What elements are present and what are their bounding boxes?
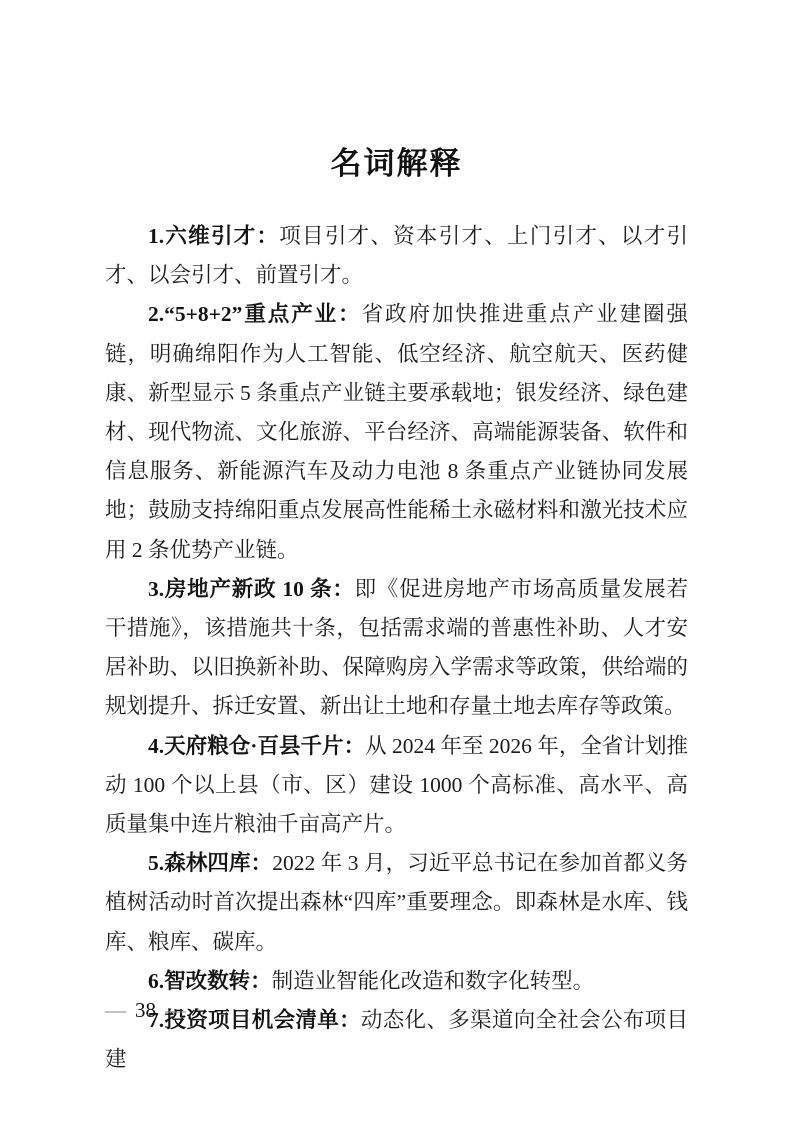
term-label-4: 4.天府粮仓·百县千片： xyxy=(148,734,365,758)
term-paragraph-2: 2.“5+8+2”重点产业：省政府加快推进重点产业建圈强链，明确绵阳作为人工智能… xyxy=(105,295,688,569)
page-footer: —38— xyxy=(105,995,186,1025)
term-text-2: 省政府加快推进重点产业建圈强链，明确绵阳作为人工智能、低空经济、航空航天、医药健… xyxy=(105,302,688,561)
term-label-3: 3.房地产新政 10 条： xyxy=(148,577,355,601)
page-title: 名词解释 xyxy=(105,142,688,186)
terms-list: 1.六维引才：项目引才、资本引才、上门引才、以才引才、以会引才、前置引才。 2.… xyxy=(105,217,688,1079)
term-paragraph-6: 6.智改数转：制造业智能化改造和数字化转型。 xyxy=(105,962,688,1001)
term-paragraph-3: 3.房地产新政 10 条：即《促进房地产市场高质量发展若干措施》，该措施共十条，… xyxy=(105,570,688,727)
term-paragraph-4: 4.天府粮仓·百县千片：从 2024 年至 2026 年，全省计划推动 100 … xyxy=(105,727,688,845)
term-label-5: 5.森林四库： xyxy=(148,851,272,875)
document-page: 名词解释 1.六维引才：项目引才、资本引才、上门引才、以才引才、以会引才、前置引… xyxy=(0,0,793,1122)
term-label-6: 6.智改数转： xyxy=(148,969,272,993)
page-content: 名词解释 1.六维引才：项目引才、资本引才、上门引才、以才引才、以会引才、前置引… xyxy=(105,0,688,1079)
term-paragraph-7: 7.投资项目机会清单：动态化、多渠道向全社会公布项目建 xyxy=(105,1001,688,1079)
term-label-2: 2.“5+8+2”重点产业： xyxy=(148,302,362,326)
term-label-1: 1.六维引才： xyxy=(148,224,279,248)
page-number: 38 xyxy=(135,998,156,1022)
footer-dash-left: — xyxy=(105,998,126,1022)
term-text-6: 制造业智能化改造和数字化转型。 xyxy=(272,969,595,993)
footer-dash-right: — xyxy=(165,998,186,1022)
term-paragraph-5: 5.森林四库：2022 年 3 月，习近平总书记在参加首都义务植树活动时首次提出… xyxy=(105,844,688,962)
term-paragraph-1: 1.六维引才：项目引才、资本引才、上门引才、以才引才、以会引才、前置引才。 xyxy=(105,217,688,295)
